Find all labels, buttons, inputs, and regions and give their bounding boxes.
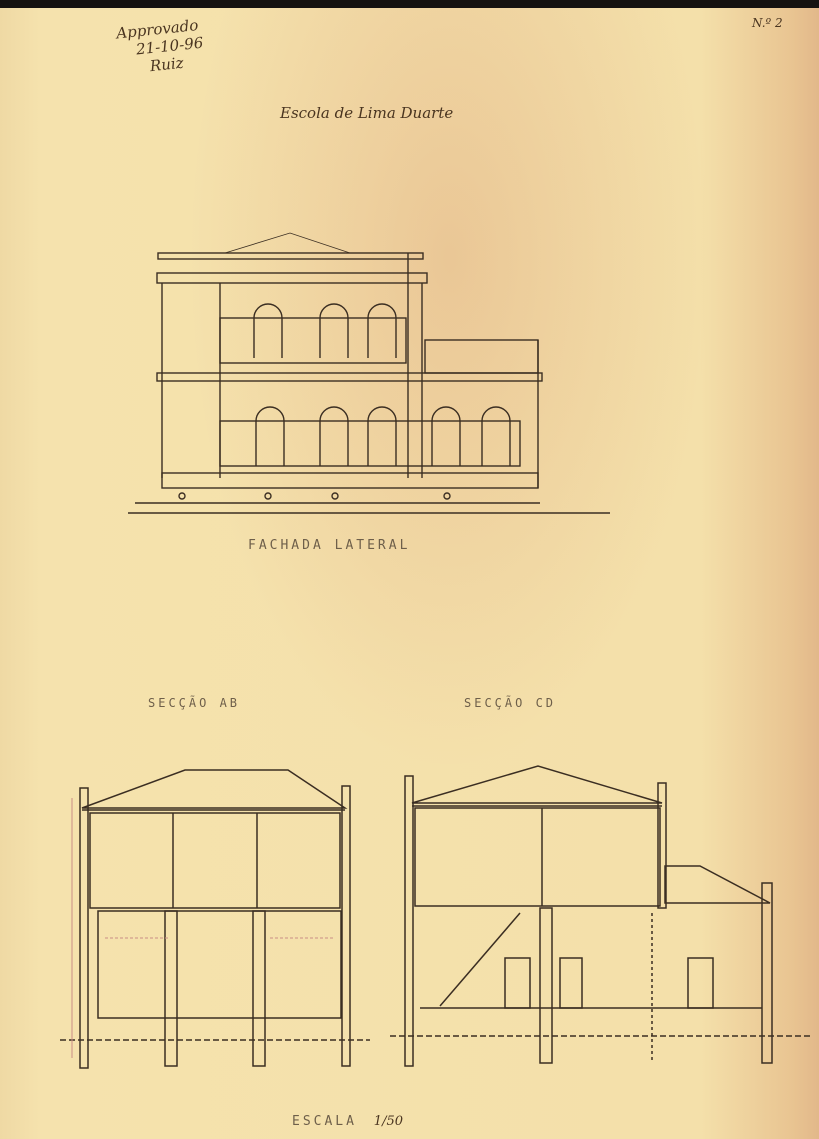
approval-note: Approvado 21-10-96 Ruiz bbox=[115, 16, 206, 79]
scale-label: ESCALA 1/50 bbox=[292, 1114, 403, 1129]
section-ab-label: SECÇÃO AB bbox=[148, 696, 240, 710]
section-cd-drawing bbox=[390, 758, 810, 1078]
facade-label: FACHADA LATERAL bbox=[248, 538, 410, 553]
facade-drawing bbox=[120, 223, 600, 523]
blueprint-sheet: Approvado 21-10-96 Ruiz N.º 2 Escola de … bbox=[0, 0, 819, 1139]
section-cd-label: SECÇÃO CD bbox=[464, 696, 556, 710]
page-mark: N.º 2 bbox=[752, 16, 783, 30]
document-title: Escola de Lima Duarte bbox=[280, 104, 453, 122]
scale-label-text: ESCALA bbox=[292, 1114, 357, 1129]
section-ab-drawing bbox=[60, 758, 370, 1078]
scale-value: 1/50 bbox=[374, 1114, 403, 1129]
